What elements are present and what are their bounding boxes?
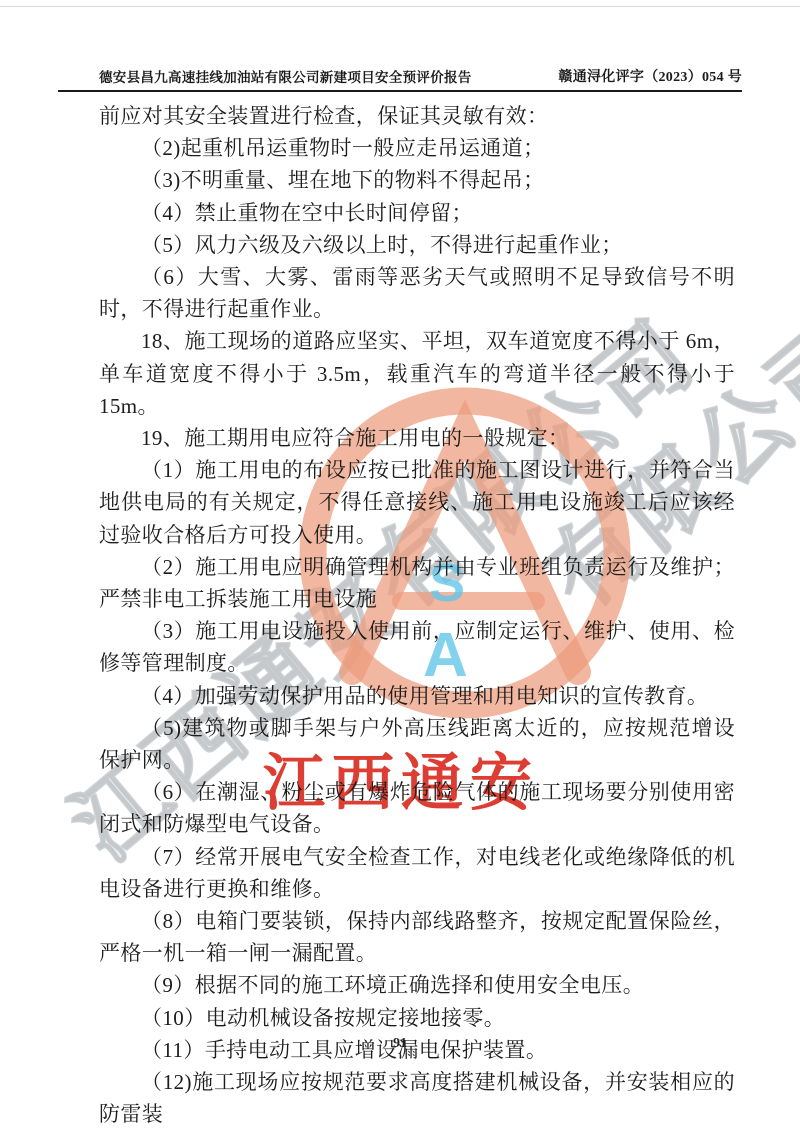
body-paragraph: （9）根据不同的施工环境正确选择和使用安全电压。: [99, 969, 735, 1001]
page-root: { "header": { "left": "德安县昌九高速挂线加油站有限公司新…: [0, 0, 800, 1131]
body-paragraph: （6）在潮湿、粉尘或有爆炸危险气体的施工现场要分别使用密闭式和防爆型电气设备。: [99, 776, 735, 840]
body-paragraph: （4）加强劳动保护用品的使用管理和用电知识的宣传教育。: [99, 680, 735, 712]
body-paragraph: （10）电动机械设备按规定接地接零。: [99, 1002, 735, 1034]
page-number: 91: [0, 1036, 800, 1052]
body-paragraph: （1）施工用电的布设应按已批准的施工图设计进行，并符合当地供电局的有关规定，不得…: [99, 454, 735, 551]
body-paragraph: （2)起重机吊运重物时一般应走吊运通道；: [99, 132, 735, 164]
body-paragraph: （3）施工用电设施投入使用前，应制定运行、维护、使用、检修等管理制度。: [99, 615, 735, 679]
body-paragraph: （5）风力六级及六级以上时，不得进行起重作业；: [99, 229, 735, 261]
body-paragraph: （8）电箱门要装锁，保持内部线路整齐，按规定配置保险丝，严格一机一箱一闸一漏配置…: [99, 905, 735, 969]
body-paragraph: 18、施工现场的道路应坚实、平坦，双车道宽度不得小于 6m，单车道宽度不得小于 …: [99, 325, 735, 422]
body-paragraph: （2）施工用电应明确管理机构并由专业班组负责运行及维护；严禁非电工拆装施工用电设…: [99, 551, 735, 615]
body-paragraph: （6）大雪、大雾、雷雨等恶劣天气或照明不足导致信号不明时，不得进行起重作业。: [99, 261, 735, 325]
document-body: 前应对其安全装置进行检查，保证其灵敏有效：（2)起重机吊运重物时一般应走吊运通道…: [99, 100, 735, 1131]
body-paragraph: （7）经常开展电气安全检查工作，对电线老化或绝缘降低的机电设备进行更换和维修。: [99, 841, 735, 905]
body-paragraph: （12)施工现场应按规范要求高度搭建机械设备，并安装相应的防雷装: [99, 1066, 735, 1130]
body-paragraph: 前应对其安全装置进行检查，保证其灵敏有效：: [99, 100, 735, 132]
body-paragraph: 19、施工期用电应符合施工用电的一般规定：: [99, 422, 735, 454]
body-paragraph: （4）禁止重物在空中长时间停留；: [99, 197, 735, 229]
body-paragraph: （3)不明重量、埋在地下的物料不得起吊；: [99, 164, 735, 196]
body-paragraph: （5)建筑物或脚手架与户外高压线距离太近的，应按规范增设保护网。: [99, 712, 735, 776]
